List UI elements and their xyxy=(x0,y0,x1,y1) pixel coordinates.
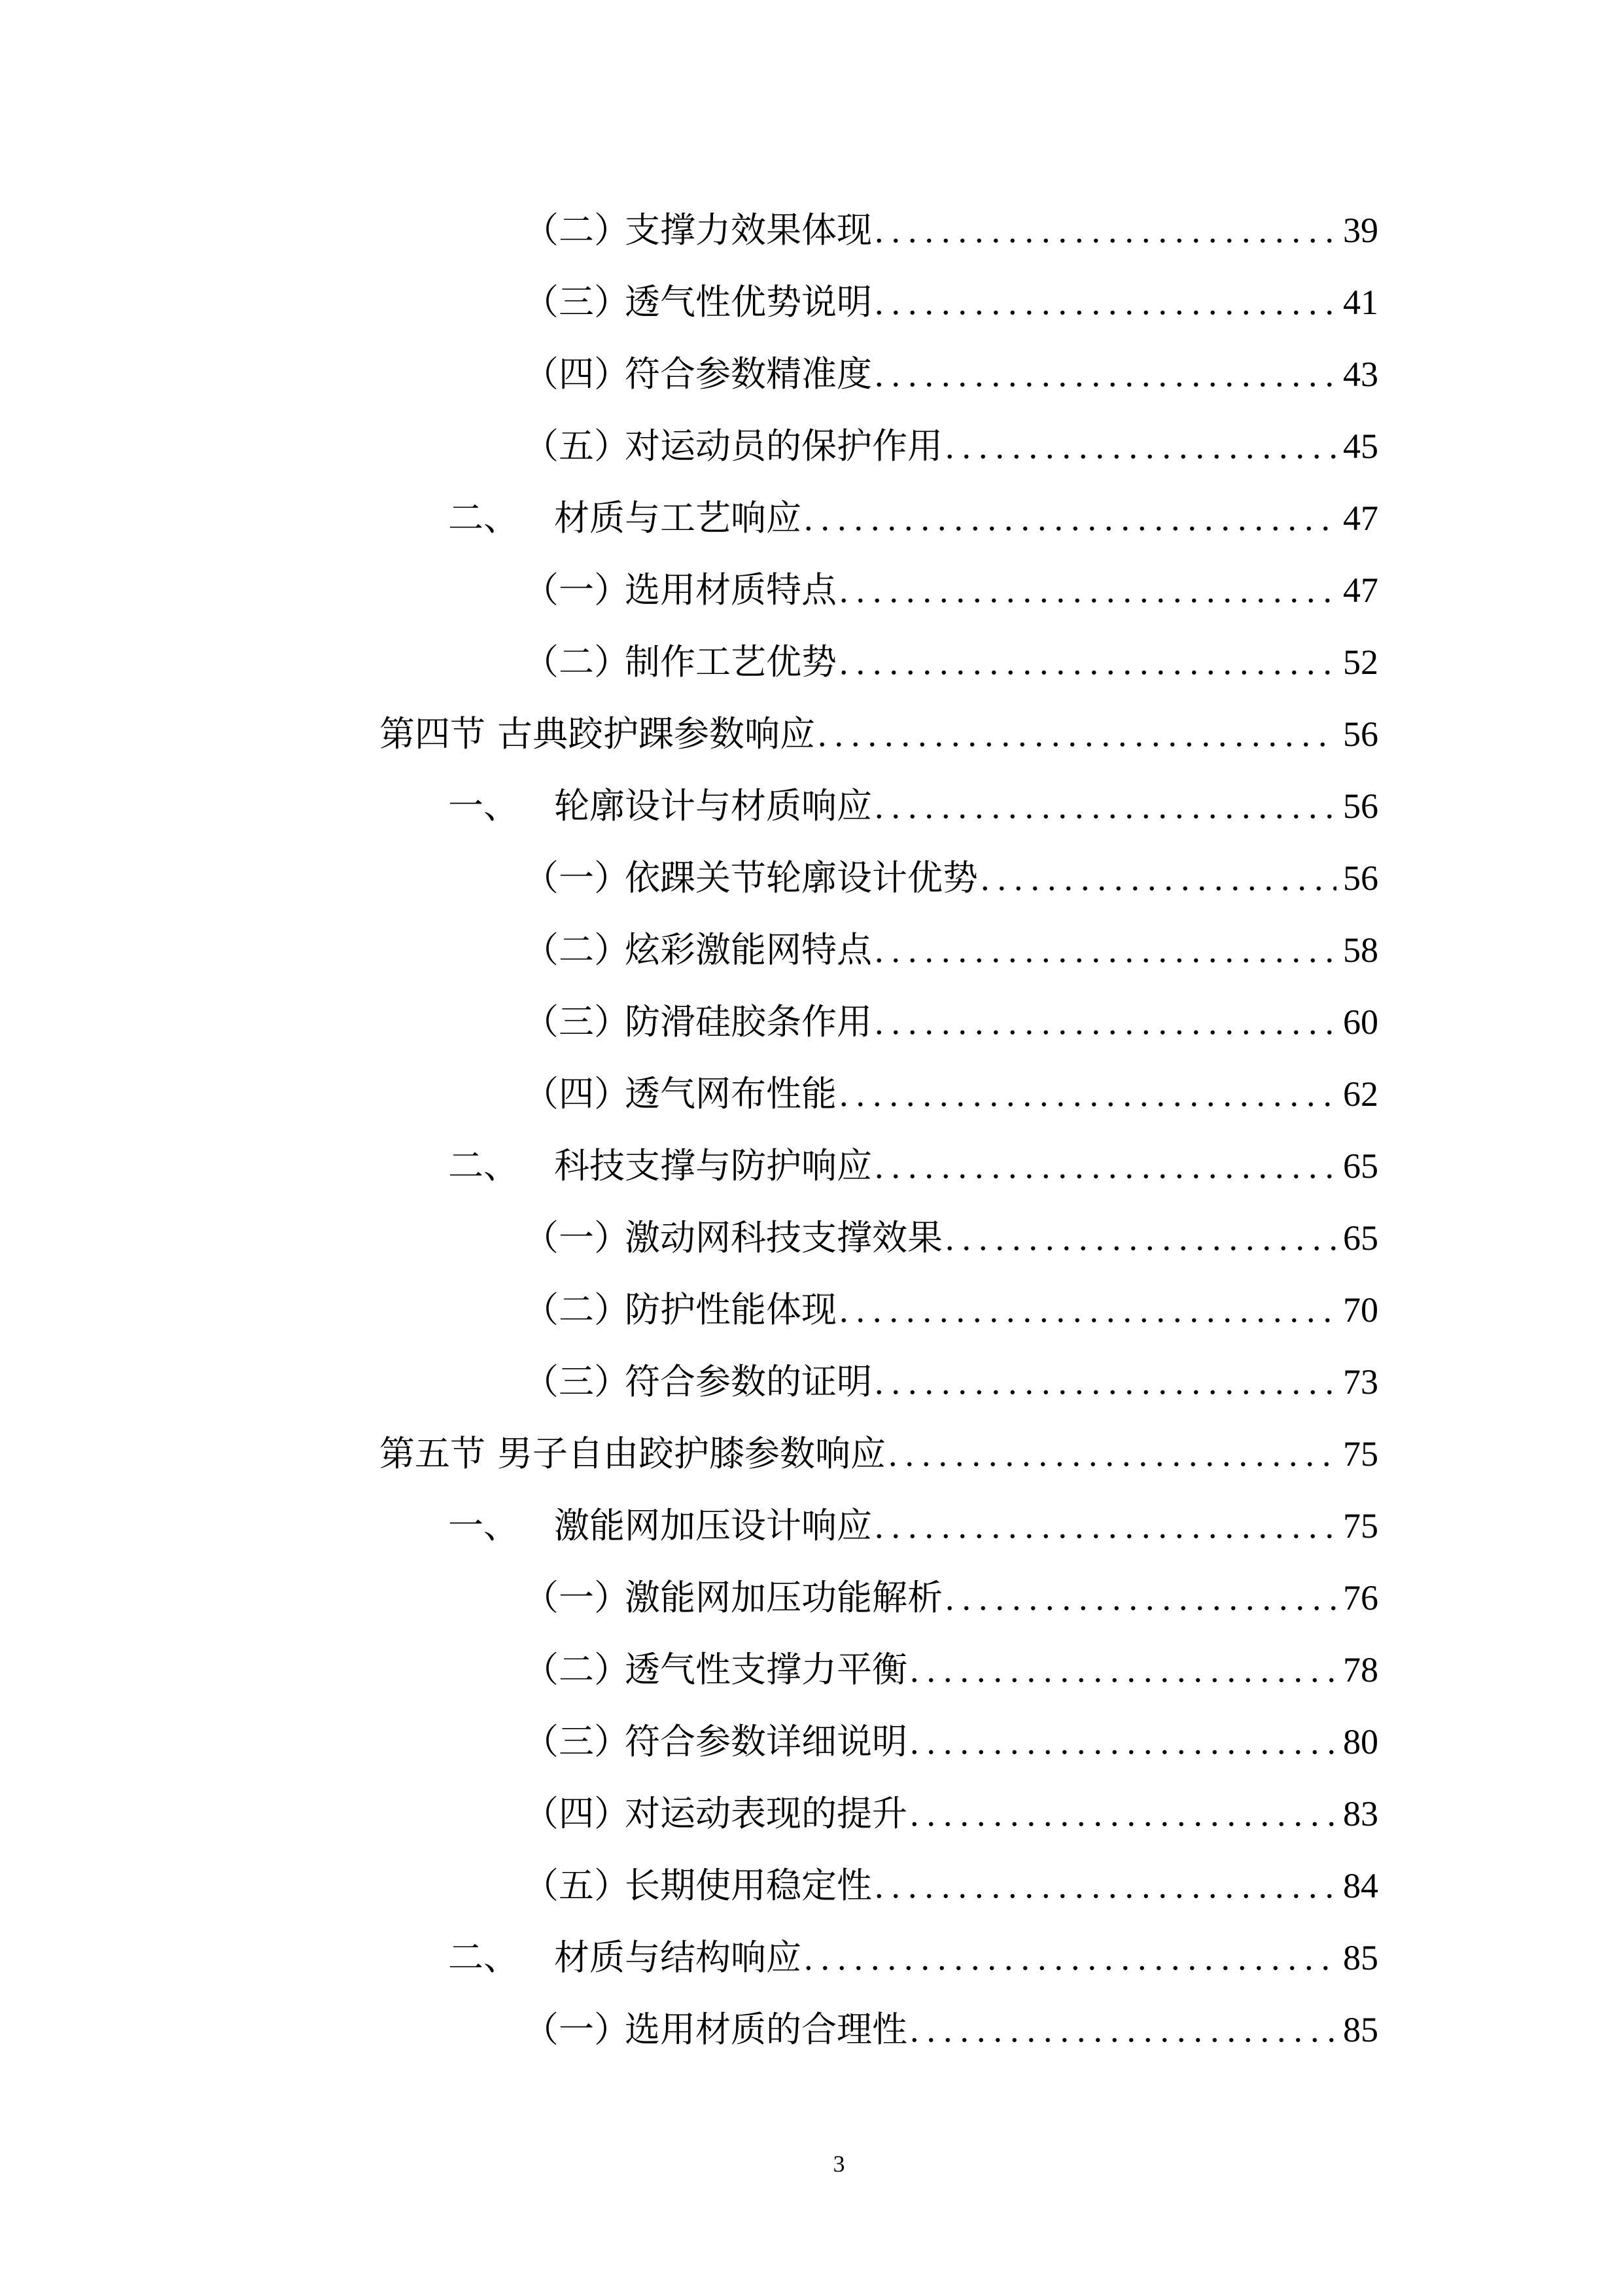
toc-entry-title: 透气性支撑力平衡 xyxy=(625,1634,907,1706)
toc-leader-dots: ........................................… xyxy=(875,986,1336,1058)
toc-entry-title: 透气网布性能 xyxy=(625,1058,837,1130)
toc-entry-page: 41 xyxy=(1343,266,1378,338)
toc-entry-page: 47 xyxy=(1343,482,1378,554)
toc-entry-title: 防滑硅胶条作用 xyxy=(625,986,872,1058)
toc-entry-number: （四） xyxy=(523,1778,592,1850)
toc-entry-page: 60 xyxy=(1343,986,1378,1058)
toc-entry-number: （五） xyxy=(523,410,592,482)
toc-entry-title: 轮廓设计与材质响应 xyxy=(554,770,872,842)
toc-entry-number: （一） xyxy=(523,1202,592,1274)
toc-leader-dots: ........................................… xyxy=(945,1562,1336,1634)
toc-leader-dots: ........................................… xyxy=(875,914,1336,986)
toc-leader-dots: ........................................… xyxy=(875,194,1336,266)
toc-leader-dots: ........................................… xyxy=(981,842,1336,914)
toc-entry-number: （二） xyxy=(523,1274,592,1346)
toc-leader-dots: ........................................… xyxy=(804,1922,1336,1994)
toc-leader-dots: ........................................… xyxy=(875,1130,1336,1202)
toc-entry-title: 依踝关节轮廓设计优势 xyxy=(625,842,978,914)
toc-entry-page: 85 xyxy=(1343,1994,1378,2066)
toc-entry-title: 符合参数详细说明 xyxy=(625,1706,907,1778)
toc-leader-dots: ........................................… xyxy=(875,1490,1336,1562)
toc-entry-page: 75 xyxy=(1343,1490,1378,1562)
toc-entry[interactable]: （三） 防滑硅胶条作用 ............................… xyxy=(0,986,1623,1058)
toc-entry-page: 78 xyxy=(1343,1634,1378,1706)
toc-entry-number: 一、 xyxy=(448,1490,521,1562)
toc-entry[interactable]: （一） 激动网科技支撑效果 ..........................… xyxy=(0,1202,1623,1274)
toc-leader-dots: ........................................… xyxy=(839,554,1336,626)
toc-entry-title: 选用材质的合理性 xyxy=(625,1994,907,2066)
toc-leader-dots: ........................................… xyxy=(839,626,1336,698)
toc-entry[interactable]: （五） 长期使用稳定性 ............................… xyxy=(0,1850,1623,1922)
toc-leader-dots: ........................................… xyxy=(945,1202,1336,1274)
toc-leader-dots: ........................................… xyxy=(945,410,1336,482)
toc-entry[interactable]: （二） 制作工艺优势 .............................… xyxy=(0,626,1623,698)
toc-entry-page: 76 xyxy=(1343,1562,1378,1634)
toc-entry-page: 84 xyxy=(1343,1850,1378,1922)
toc-entry-number: （二） xyxy=(523,626,592,698)
toc-entry[interactable]: 二、 材质与结构响应 .............................… xyxy=(0,1922,1623,1994)
toc-entry[interactable]: （三） 符合参数详细说明 ...........................… xyxy=(0,1706,1623,1778)
toc-entry[interactable]: 一、 激能网加压设计响应 ...........................… xyxy=(0,1490,1623,1562)
toc-entry[interactable]: （一） 选用材质的合理性 ...........................… xyxy=(0,1994,1623,2066)
toc-entry-number: 第四节 xyxy=(379,698,487,770)
toc-leader-dots: ........................................… xyxy=(910,1994,1336,2066)
toc-entry-page: 73 xyxy=(1343,1346,1378,1418)
toc-entry-page: 83 xyxy=(1343,1778,1378,1850)
toc-entry-title: 激能网加压功能解析 xyxy=(625,1562,943,1634)
toc-entry[interactable]: （二） 炫彩激能网特点 ............................… xyxy=(0,914,1623,986)
toc-entry-page: 65 xyxy=(1343,1130,1378,1202)
toc-entry-number: （四） xyxy=(523,1058,592,1130)
toc-entry[interactable]: 第四节 古典跤护踝参数响应 ..........................… xyxy=(0,698,1623,770)
toc-entry-title: 古典跤护踝参数响应 xyxy=(497,698,815,770)
toc-leader-dots: ........................................… xyxy=(910,1706,1336,1778)
toc-leader-dots: ........................................… xyxy=(804,482,1336,554)
toc-leader-dots: ........................................… xyxy=(875,266,1336,338)
toc-entry-number: （四） xyxy=(523,338,592,410)
toc-entry-number: （三） xyxy=(523,1706,592,1778)
toc-leader-dots: ........................................… xyxy=(888,1418,1336,1490)
toc-entry-page: 45 xyxy=(1343,410,1378,482)
toc-entry-page: 75 xyxy=(1343,1418,1378,1490)
toc-entry[interactable]: （三） 透气性优势说明 ............................… xyxy=(0,266,1623,338)
toc-entry[interactable]: （二） 透气性支撑力平衡 ...........................… xyxy=(0,1634,1623,1706)
toc-entry-title: 炫彩激能网特点 xyxy=(625,914,872,986)
toc-leader-dots: ........................................… xyxy=(818,698,1336,770)
toc-entry-title: 材质与结构响应 xyxy=(554,1922,801,1994)
toc-entry[interactable]: （五） 对运动员的保护作用 ..........................… xyxy=(0,410,1623,482)
toc-entry[interactable]: （一） 依踝关节轮廓设计优势 .........................… xyxy=(0,842,1623,914)
toc-entry-title: 激动网科技支撑效果 xyxy=(625,1202,943,1274)
toc-entry-page: 80 xyxy=(1343,1706,1378,1778)
toc-entry-page: 56 xyxy=(1343,842,1378,914)
toc-entry-number: （三） xyxy=(523,986,592,1058)
toc-entry-title: 选用材质特点 xyxy=(625,554,837,626)
toc-entry-page: 70 xyxy=(1343,1274,1378,1346)
toc-entry-page: 65 xyxy=(1343,1202,1378,1274)
toc-entry-number: （二） xyxy=(523,194,592,266)
toc-entry[interactable]: 一、 轮廓设计与材质响应 ...........................… xyxy=(0,770,1623,842)
toc-leader-dots: ........................................… xyxy=(839,1274,1336,1346)
toc-entry-page: 85 xyxy=(1343,1922,1378,1994)
toc-entry-number: （二） xyxy=(523,914,592,986)
toc-entry[interactable]: （一） 选用材质特点 .............................… xyxy=(0,554,1623,626)
toc-entry-title: 符合参数精准度 xyxy=(625,338,872,410)
toc-entry[interactable]: （一） 激能网加压功能解析 ..........................… xyxy=(0,1562,1623,1634)
toc-entry-number: 二、 xyxy=(448,1922,521,1994)
toc-leader-dots: ........................................… xyxy=(875,1346,1336,1418)
toc-entry-number: （二） xyxy=(523,1634,592,1706)
toc-entry-number: （一） xyxy=(523,1994,592,2066)
toc-entry[interactable]: （二） 防护性能体现 .............................… xyxy=(0,1274,1623,1346)
toc-leader-dots: ........................................… xyxy=(910,1634,1336,1706)
toc-entry-title: 材质与工艺响应 xyxy=(554,482,801,554)
toc-entry-title: 透气性优势说明 xyxy=(625,266,872,338)
toc-entry-page: 39 xyxy=(1343,194,1378,266)
toc-entry-title: 对运动员的保护作用 xyxy=(625,410,943,482)
toc-entry-number: （三） xyxy=(523,1346,592,1418)
toc-entry-number: （一） xyxy=(523,554,592,626)
toc-entry-number: 二、 xyxy=(448,482,521,554)
toc-entry-title: 支撑力效果体现 xyxy=(625,194,872,266)
toc-entry-number: （一） xyxy=(523,842,592,914)
toc-entry-page: 43 xyxy=(1343,338,1378,410)
toc-entry-number: （一） xyxy=(523,1562,592,1634)
toc-entry[interactable]: （四） 符合参数精准度 ............................… xyxy=(0,338,1623,410)
toc-leader-dots: ........................................… xyxy=(839,1058,1336,1130)
toc-entry[interactable]: （三） 符合参数的证明 ............................… xyxy=(0,1346,1623,1418)
toc-leader-dots: ........................................… xyxy=(875,1850,1336,1922)
toc-entry[interactable]: 第五节 男子自由跤护膝参数响应 ........................… xyxy=(0,1418,1623,1490)
toc-entry-page: 52 xyxy=(1343,626,1378,698)
toc-entry[interactable]: （四） 对运动表现的提升 ...........................… xyxy=(0,1778,1623,1850)
toc-entry-page: 56 xyxy=(1343,698,1378,770)
toc-entry-page: 62 xyxy=(1343,1058,1378,1130)
toc-entry-title: 科技支撑与防护响应 xyxy=(554,1130,872,1202)
toc-entry-title: 制作工艺优势 xyxy=(625,626,837,698)
toc-entry[interactable]: 二、 科技支撑与防护响应 ...........................… xyxy=(0,1130,1623,1202)
document-page: （二） 支撑力效果体现 ............................… xyxy=(0,0,1623,2296)
toc-entry-page: 58 xyxy=(1343,914,1378,986)
toc-entry-page: 56 xyxy=(1343,770,1378,842)
toc-entry-title: 男子自由跤护膝参数响应 xyxy=(497,1418,886,1490)
toc-entry[interactable]: 二、 材质与工艺响应 .............................… xyxy=(0,482,1623,554)
toc-entry-title: 激能网加压设计响应 xyxy=(554,1490,872,1562)
toc-entry-number: 二、 xyxy=(448,1130,521,1202)
toc-leader-dots: ........................................… xyxy=(910,1778,1336,1850)
footer-page-number: 3 xyxy=(0,2146,1623,2181)
toc-entry[interactable]: （二） 支撑力效果体现 ............................… xyxy=(0,194,1623,266)
toc-entry-number: 第五节 xyxy=(379,1418,487,1490)
toc-leader-dots: ........................................… xyxy=(875,338,1336,410)
toc-entry-number: （三） xyxy=(523,266,592,338)
toc-entry-title: 防护性能体现 xyxy=(625,1274,837,1346)
toc-entry-page: 47 xyxy=(1343,554,1378,626)
toc-entry-title: 符合参数的证明 xyxy=(625,1346,872,1418)
toc-entry-title: 对运动表现的提升 xyxy=(625,1778,907,1850)
table-of-contents: （二） 支撑力效果体现 ............................… xyxy=(0,194,1623,2066)
toc-entry-title: 长期使用稳定性 xyxy=(625,1850,872,1922)
toc-entry[interactable]: （四） 透气网布性能 .............................… xyxy=(0,1058,1623,1130)
toc-entry-number: （五） xyxy=(523,1850,592,1922)
toc-entry-number: 一、 xyxy=(448,770,521,842)
toc-leader-dots: ........................................… xyxy=(875,770,1336,842)
